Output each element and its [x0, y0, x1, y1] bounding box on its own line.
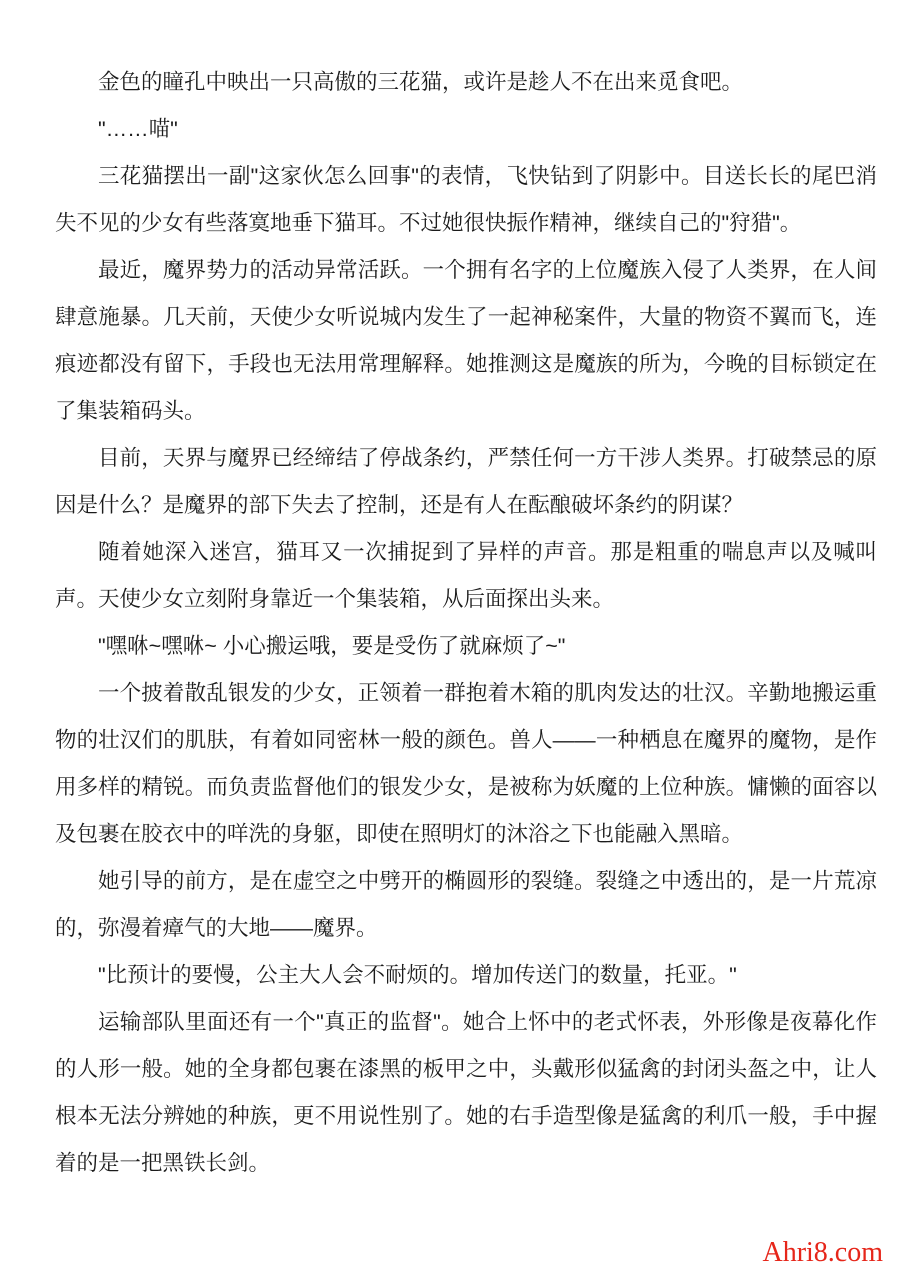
paragraph: 随着她深入迷宫，猫耳又一次捕捉到了异样的声音。那是粗重的喘息声以及喊叫声。天使少…	[55, 529, 877, 623]
paragraph: 三花猫摆出一副"这家伙怎么回事"的表情，飞快钻到了阴影中。目送长长的尾巴消失不见…	[55, 153, 877, 247]
paragraph: "比预计的要慢，公主大人会不耐烦的。增加传送门的数量，托亚。"	[55, 952, 877, 999]
watermark-text: Ahri8.com	[762, 1239, 883, 1267]
paragraph: 目前，天界与魔界已经缔结了停战条约，严禁任何一方干涉人类界。打破禁忌的原因是什么…	[55, 435, 877, 529]
novel-text-body: 金色的瞳孔中映出一只高傲的三花猫，或许是趁人不在出来觅食吧。 "……喵" 三花猫…	[55, 59, 877, 1187]
document-page: 金色的瞳孔中映出一只高傲的三花猫，或许是趁人不在出来觅食吧。 "……喵" 三花猫…	[0, 0, 900, 1273]
paragraph: "嘿咻~嘿咻~ 小心搬运哦，要是受伤了就麻烦了~"	[55, 623, 877, 670]
paragraph: 运输部队里面还有一个"真正的监督"。她合上怀中的老式怀表，外形像是夜幕化作的人形…	[55, 999, 877, 1187]
paragraph: "……喵"	[55, 106, 877, 153]
paragraph: 金色的瞳孔中映出一只高傲的三花猫，或许是趁人不在出来觅食吧。	[55, 59, 877, 106]
paragraph: 最近，魔界势力的活动异常活跃。一个拥有名字的上位魔族入侵了人类界，在人间肆意施暴…	[55, 247, 877, 435]
paragraph: 她引导的前方，是在虚空之中劈开的椭圆形的裂缝。裂缝之中透出的，是一片荒凉的，弥漫…	[55, 858, 877, 952]
paragraph: 一个披着散乱银发的少女，正领着一群抱着木箱的肌肉发达的壮汉。辛勤地搬运重物的壮汉…	[55, 670, 877, 858]
